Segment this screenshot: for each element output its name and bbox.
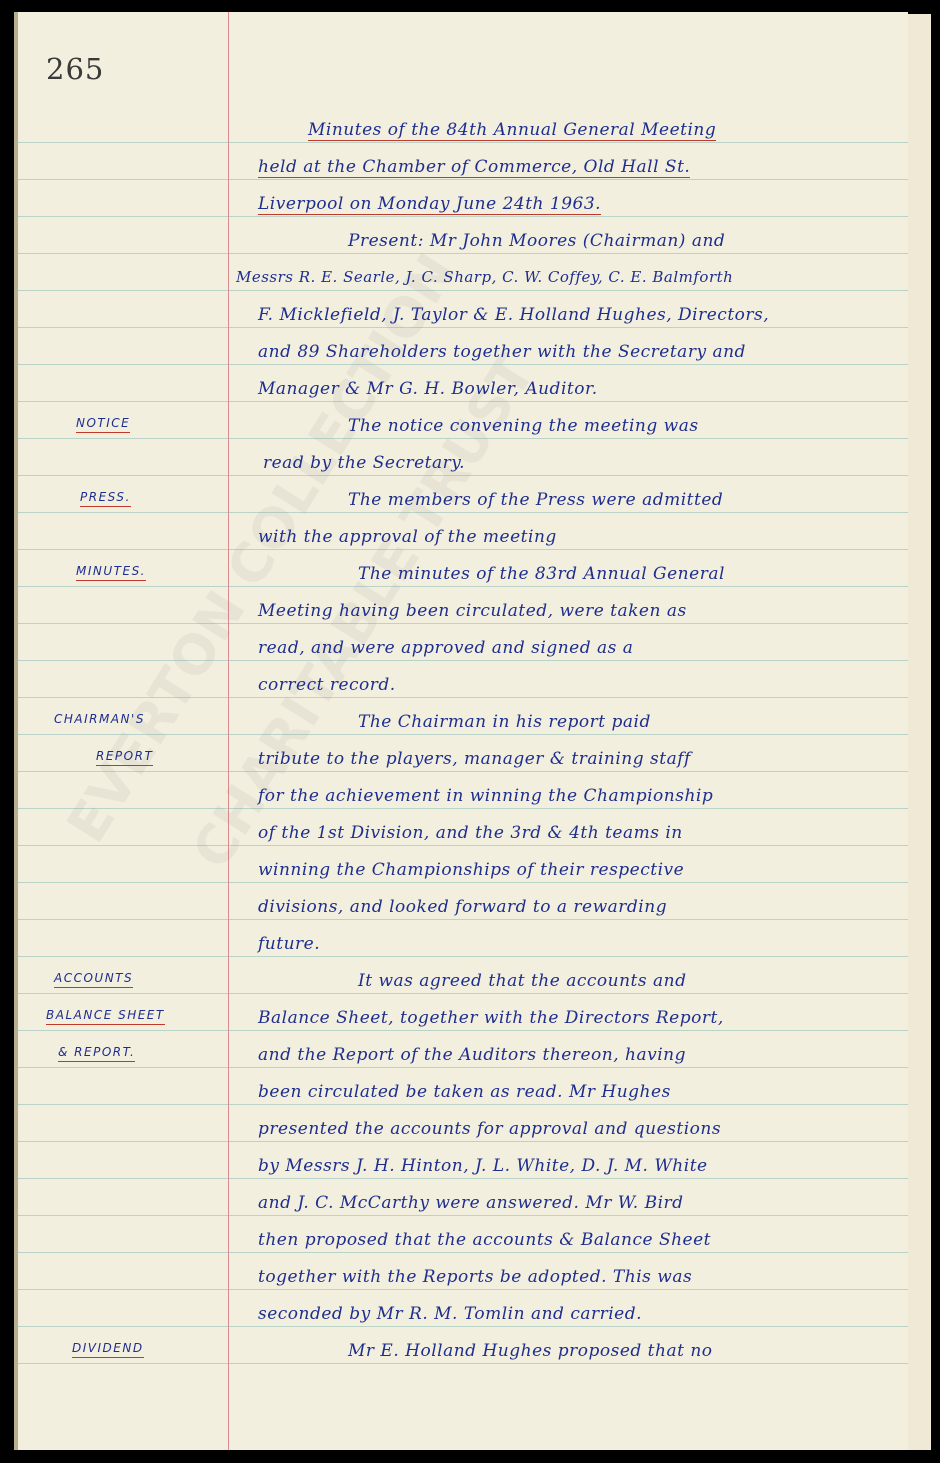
minutes-line-31: then proposed that the accounts & Balanc…: [258, 1230, 711, 1250]
ruled-line: [18, 697, 908, 698]
minutes-line-32: together with the Reports be adopted. Th…: [258, 1267, 692, 1287]
ruled-line: [18, 401, 908, 402]
ruled-line: [18, 142, 908, 143]
ruled-line: [18, 475, 908, 476]
minutes-line-22: divisions, and looked forward to a rewar…: [258, 897, 667, 917]
minutes-line-12: with the approval of the meeting: [258, 527, 557, 547]
ruled-line: [18, 549, 908, 550]
ruled-line: [18, 845, 908, 846]
minutes-line-19: for the achievement in winning the Champ…: [258, 786, 713, 806]
margin-note-chairmans: CHAIRMAN'S: [54, 712, 145, 728]
minutes-line-14: Meeting having been circulated, were tak…: [258, 601, 687, 621]
ruled-line: [18, 882, 908, 883]
minutes-line-6: F. Micklefield, J. Taylor & E. Holland H…: [258, 305, 769, 325]
ruled-line: [18, 808, 908, 809]
ruled-line: [18, 1104, 908, 1105]
minutes-line-30: and J. C. McCarthy were answered. Mr W. …: [258, 1193, 684, 1213]
ruled-line: [18, 919, 908, 920]
minutes-line-17: The Chairman in his report paid: [358, 712, 651, 732]
minutes-line-2: held at the Chamber of Commerce, Old Hal…: [258, 157, 690, 177]
ledger-page: 265 EVERTON COLLECTION CHARITABLE TRUST …: [14, 12, 908, 1450]
margin-note-minutes: MINUTES.: [76, 564, 146, 581]
margin-note-press: PRESS.: [80, 490, 131, 507]
minutes-line-34: Mr E. Holland Hughes proposed that no: [348, 1341, 713, 1361]
ruled-line: [18, 993, 908, 994]
minutes-line-8: Manager & Mr G. H. Bowler, Auditor.: [258, 379, 598, 399]
ruled-line: [18, 1252, 908, 1253]
ruled-line: [18, 1215, 908, 1216]
minutes-line-33: seconded by Mr R. M. Tomlin and carried.: [258, 1304, 642, 1324]
ruled-line: [18, 1067, 908, 1068]
minutes-line-4: Present: Mr John Moores (Chairman) and: [348, 231, 725, 251]
margin-note-and-report: & REPORT.: [58, 1045, 135, 1062]
minutes-line-26: and the Report of the Auditors thereon, …: [258, 1045, 686, 1065]
ruled-line: [18, 1363, 908, 1364]
ruled-line: [18, 1178, 908, 1179]
margin-rule: [228, 12, 229, 1450]
ruled-line: [18, 179, 908, 180]
minutes-line-16: correct record.: [258, 675, 396, 695]
ruled-line: [18, 1326, 908, 1327]
minutes-line-5: Messrs R. E. Searle, J. C. Sharp, C. W. …: [236, 268, 733, 286]
ruled-line: [18, 623, 908, 624]
ruled-line: [18, 1141, 908, 1142]
ruled-line: [18, 771, 908, 772]
minutes-line-18: tribute to the players, manager & traini…: [258, 749, 691, 769]
margin-note-dividend: DIVIDEND: [72, 1341, 144, 1358]
ruled-line: [18, 364, 908, 365]
minutes-line-7: and 89 Shareholders together with the Se…: [258, 342, 746, 362]
minutes-line-25: Balance Sheet, together with the Directo…: [258, 1008, 724, 1028]
ruled-line: [18, 956, 908, 957]
ruled-line: [18, 1030, 908, 1031]
minutes-line-24: It was agreed that the accounts and: [358, 971, 686, 991]
margin-note-report: REPORT: [96, 749, 153, 766]
ruled-line: [18, 586, 908, 587]
minutes-line-13: The minutes of the 83rd Annual General: [358, 564, 725, 584]
ruled-line: [18, 327, 908, 328]
margin-note-balance-sheet: BALANCE SHEET: [46, 1008, 165, 1025]
minutes-line-23: future.: [258, 934, 320, 954]
ruled-line: [18, 438, 908, 439]
minutes-line-9: The notice convening the meeting was: [348, 416, 699, 436]
ruled-line: [18, 512, 908, 513]
adjacent-page-edge: [904, 14, 931, 1450]
minutes-line-21: winning the Championships of their respe…: [258, 860, 684, 880]
minutes-line-11: The members of the Press were admitted: [348, 490, 723, 510]
minutes-line-10: read by the Secretary.: [263, 453, 465, 473]
margin-note-notice: NOTICE: [76, 416, 130, 433]
margin-note-accounts: ACCOUNTS: [54, 971, 133, 988]
minutes-line-20: of the 1st Division, and the 3rd & 4th t…: [258, 823, 683, 843]
minutes-line-27: been circulated be taken as read. Mr Hug…: [258, 1082, 671, 1102]
ruled-line: [18, 216, 908, 217]
ruled-line: [18, 290, 908, 291]
minutes-line-28: presented the accounts for approval and …: [258, 1119, 721, 1139]
minutes-line-29: by Messrs J. H. Hinton, J. L. White, D. …: [258, 1156, 708, 1176]
minutes-line-1: Minutes of the 84th Annual General Meeti…: [308, 120, 716, 140]
ruled-line: [18, 734, 908, 735]
minutes-line-3: Liverpool on Monday June 24th 1963.: [258, 194, 601, 214]
minutes-line-15: read, and were approved and signed as a: [258, 638, 633, 658]
page-number: 265: [46, 52, 104, 86]
ruled-line: [18, 660, 908, 661]
ruled-line: [18, 1289, 908, 1290]
ruled-line: [18, 253, 908, 254]
